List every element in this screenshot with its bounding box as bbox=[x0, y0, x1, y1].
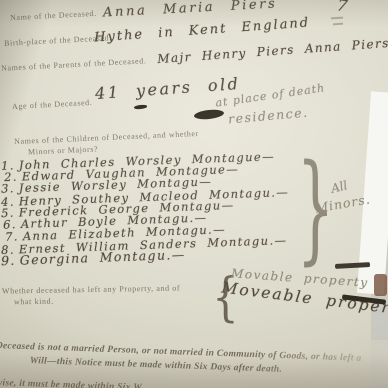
pencil-note-2: residence. bbox=[227, 105, 309, 127]
child-number: 3. bbox=[1, 181, 15, 195]
minors-note-line1: All bbox=[330, 178, 349, 196]
children-label-line1: Names of the Children of Deceased, and w… bbox=[14, 129, 199, 146]
fold-line bbox=[333, 23, 343, 25]
property-label-line1: Whether deceased has left any Property, … bbox=[2, 283, 180, 295]
ink-blot bbox=[194, 108, 225, 120]
footer-line3: wise, it must be made within Six W bbox=[0, 378, 142, 388]
field-value-birthplace: Hythe in Kent England bbox=[94, 15, 311, 45]
property-label-line2: what kind. bbox=[14, 297, 54, 307]
fold-line bbox=[331, 17, 343, 19]
field-value-name: Anna Maria Piers bbox=[103, 0, 278, 21]
child-number: 9. bbox=[1, 253, 16, 269]
ink-dash bbox=[134, 104, 147, 109]
death-notice-document: 7 Name of the Deceased. Anna Maria Piers… bbox=[0, 0, 388, 388]
ink-flourish bbox=[335, 262, 370, 269]
field-label-age: Age of the Deceased. bbox=[12, 98, 93, 111]
field-value-parents: Majr Henry Piers Anna Piers bbox=[157, 36, 388, 66]
field-label-parents: Names of the Parents of the Deceased. bbox=[1, 56, 147, 73]
pen-mark: 7 bbox=[336, 0, 349, 16]
field-label-name: Name of the Deceased. bbox=[10, 9, 97, 23]
